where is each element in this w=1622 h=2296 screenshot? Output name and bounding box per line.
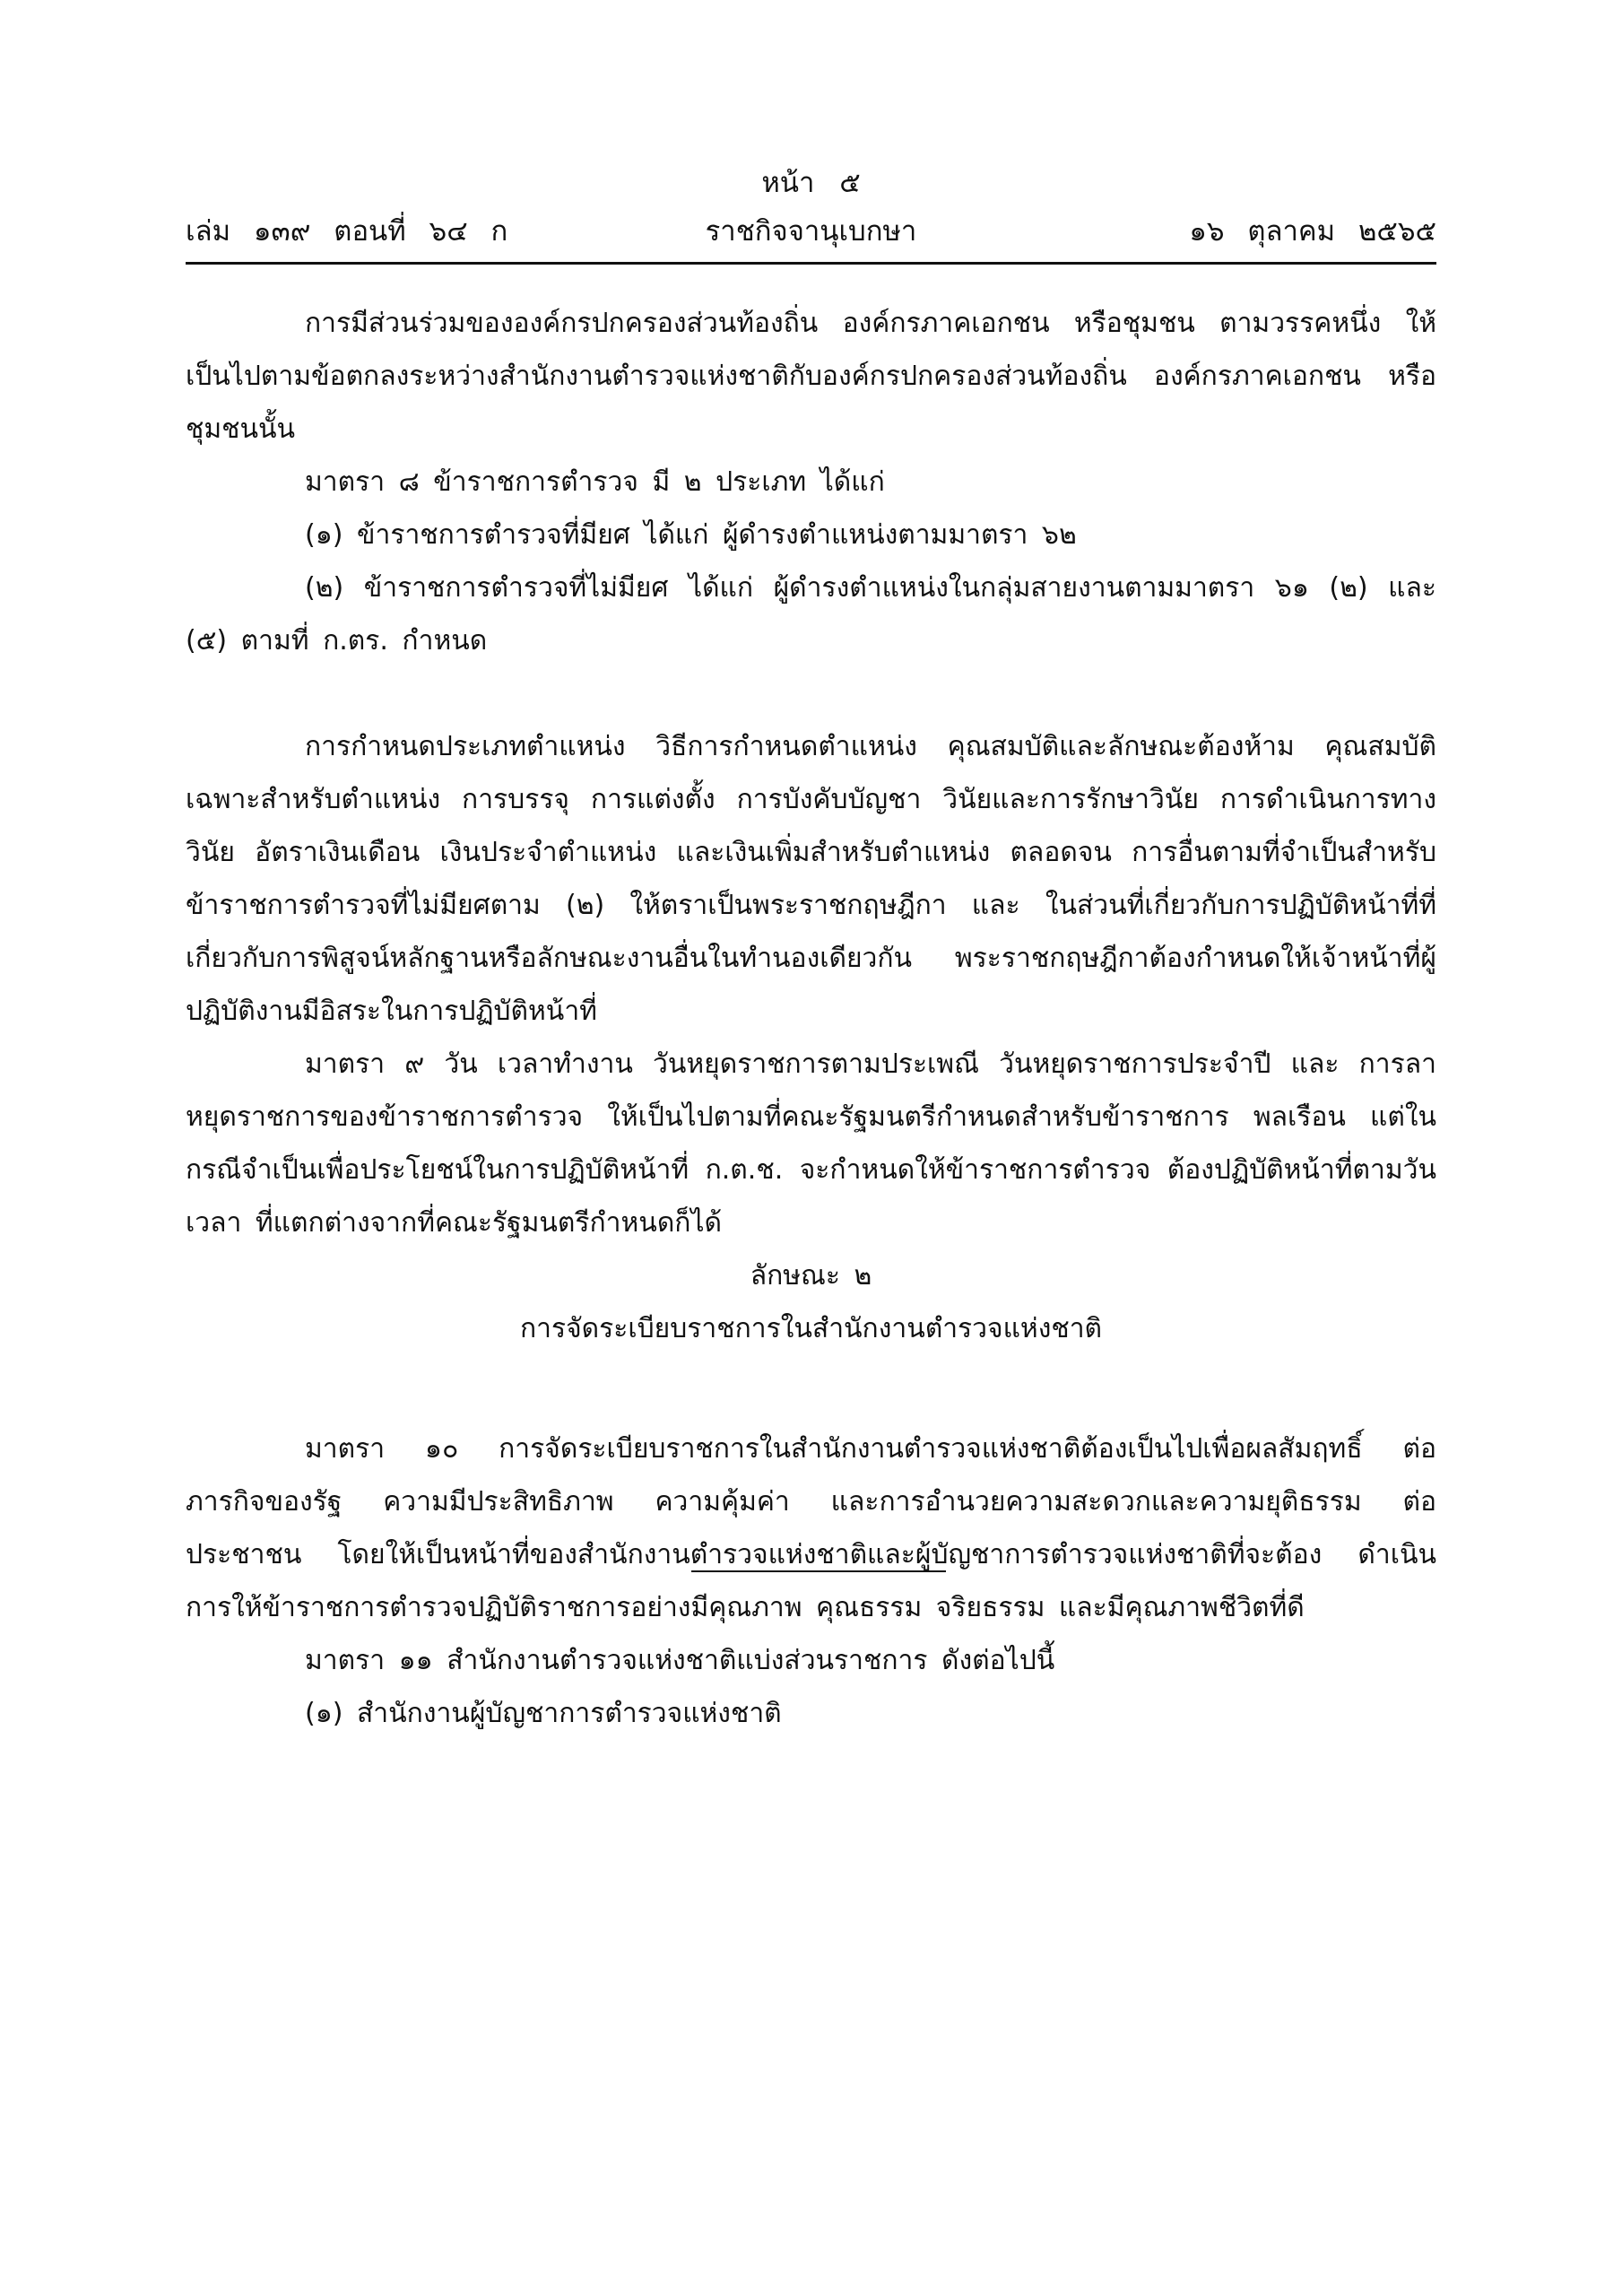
paragraph-participation: การมีส่วนร่วมขององค์กรปกครองส่วนท้องถิ่น…: [186, 297, 1436, 456]
section-11: มาตรา ๑๑ สำนักงานตำรวจแห่งชาติแบ่งส่วนรา…: [186, 1634, 1436, 1687]
section-8: มาตรา ๘ ข้าราชการตำรวจ มี ๒ ประเภท ได้แก…: [186, 456, 1436, 509]
page-number: หน้า ๕: [186, 163, 1436, 203]
section-11-item-1: (๑) สำนักงานผู้บัญชาการตำรวจแห่งชาติ: [186, 1687, 1436, 1740]
chapter-subtitle: การจัดระเบียบราชการในสำนักงานตำรวจแห่งชา…: [186, 1302, 1436, 1355]
gazette-header: เล่ม ๑๓๙ ตอนที่ ๖๔ ก ราชกิจจานุเบกษา ๑๖ …: [186, 212, 1436, 251]
paragraph-position-rules: การกำหนดประเภทตำแหน่ง วิธีการกำหนดตำแหน่…: [186, 720, 1436, 1038]
chapter-title: ลักษณะ ๒: [186, 1249, 1436, 1302]
section-8-item-1: (๑) ข้าราชการตำรวจที่มียศ ได้แก่ ผู้ดำรง…: [186, 509, 1436, 561]
header-divider: [186, 262, 1436, 265]
section-9: มาตรา ๙ วัน เวลาทำงาน วันหยุดราชการตามปร…: [186, 1038, 1436, 1249]
section-8-item-2: (๒) ข้าราชการตำรวจที่ไม่มียศ ได้แก่ ผู้ด…: [186, 561, 1436, 667]
publication-date: ๑๖ ตุลาคม ๒๕๖๕: [1189, 212, 1436, 251]
section-10: มาตรา ๑๐ การจัดระเบียบราชการในสำนักงานตำ…: [186, 1422, 1436, 1634]
